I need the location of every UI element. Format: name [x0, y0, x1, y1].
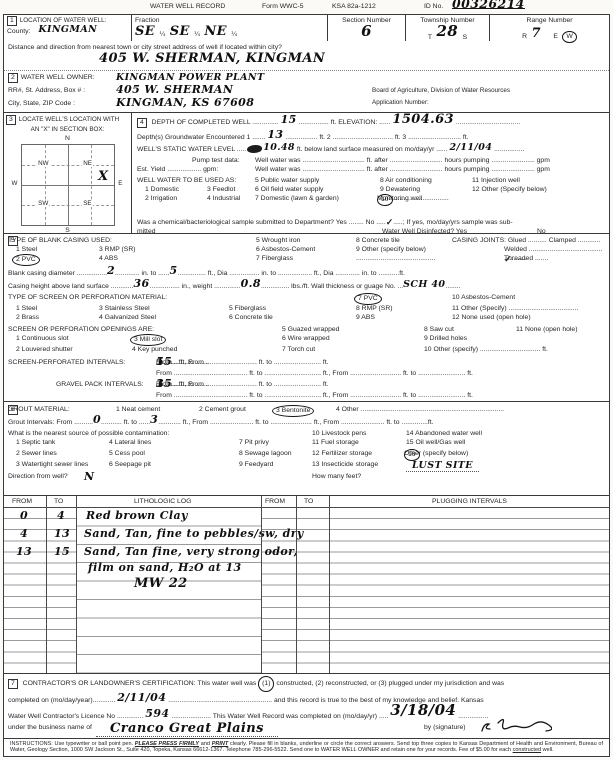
- opening-option-10: 10 Other (specify) .....................…: [424, 345, 548, 354]
- use-option-12: 12 Other (Specify below): [472, 185, 547, 194]
- weight-value: 0.8: [241, 277, 261, 290]
- blank-depth-value: 5: [169, 264, 177, 277]
- log-row-to: 4: [57, 509, 65, 522]
- casing-option-2-circled: 2 PVC: [12, 254, 40, 266]
- quarter-sign-2: ¼: [194, 31, 200, 38]
- screen-intervals-label: SCREEN-PERFORATED INTERVALS:: [8, 358, 125, 367]
- section-1-number: 1: [7, 16, 17, 26]
- form-statute: KSA 82a-1212: [332, 2, 376, 11]
- opening-option-6: 6 Wire wrapped: [282, 334, 330, 343]
- log-row-from: 0: [20, 509, 28, 522]
- section-grout: 6GROUT MATERIAL: 1 Neat cement 2 Cement …: [4, 401, 609, 495]
- diam-tail: ............... ft., Dia ...............…: [178, 270, 405, 277]
- direction-value: N: [84, 470, 94, 483]
- quarter-sign-3: ¼: [231, 31, 237, 38]
- blank-diameter-label: Blank casing diameter ................: [8, 270, 107, 277]
- casing-option-9: 9 Other (specify below): [356, 245, 426, 254]
- quadrant-sw-label: SW: [37, 200, 49, 207]
- form-number: Form WWC-5: [262, 2, 304, 11]
- col-from-1: FROM: [12, 498, 32, 505]
- est-yield-label: Est. Yield .................. gpm:: [137, 165, 218, 174]
- table-body: 0 4 Red brown Clay 4 13 Sand, Tan, fine …: [4, 508, 609, 674]
- opening-option-1: 1 Continuous slot: [16, 334, 69, 343]
- contamination-question: What is the nearest source of possible c…: [8, 429, 169, 438]
- contam-option-5: 5 Cess pool: [109, 449, 145, 458]
- casing-height-value: 36: [133, 277, 149, 290]
- use-option-11: 11 Injection well: [472, 176, 520, 185]
- locate-title-line1: LOCATE WELL'S LOCATION WITH: [19, 116, 119, 123]
- casing-option-9-dots: ........................................…: [356, 254, 435, 263]
- contam-option-8: 8 Sewage lagoon: [239, 449, 292, 458]
- fraction-1-value: SE: [135, 24, 155, 39]
- quadrant-ne-label: NE: [82, 160, 93, 167]
- opening-option-11: 11 None (open hole): [516, 325, 577, 334]
- screen-option-3: 3 Stainless Steel: [99, 304, 150, 313]
- casing-option-4: 4 ABS: [99, 254, 118, 263]
- contam-option-14: 14 Abandoned water well: [406, 429, 482, 438]
- signature-scribble: [476, 719, 552, 737]
- ink-scribble: [247, 145, 262, 153]
- section-7-number: 7: [8, 679, 18, 689]
- fraction-2-value: SE: [170, 24, 190, 39]
- compass-n-label: N: [6, 134, 129, 143]
- log-row-from: 4: [20, 527, 28, 540]
- table-divider: [46, 496, 47, 673]
- signature-label: by (signature): [424, 723, 466, 732]
- location-title: LOCATION OF WATER WELL:: [20, 17, 107, 24]
- use-option-3: 3 Feedlot: [207, 185, 235, 194]
- owner-city-label: City, State, ZIP Code :: [8, 99, 75, 108]
- certification-text-2: constructed, (2) reconstructed, or (3) p…: [276, 680, 504, 687]
- elevation-value: 1504.63: [392, 112, 454, 127]
- groundwater-trailing: ................. ft. 2 ................…: [285, 134, 468, 141]
- log-row-to: 15: [54, 545, 70, 558]
- contam-option-11: 11 Fuel storage: [312, 438, 359, 447]
- use-option-1: 1 Domestic: [145, 185, 179, 194]
- sample-question-tail: .....; If yes, mo/day/yrs sample was sub…: [393, 219, 512, 226]
- constructed-emphasis: constructed: [513, 747, 541, 753]
- section-owner: 2WATER WELL OWNER: KINGMAN POWER PLANT R…: [4, 71, 609, 113]
- id-number-label: ID No.: [424, 2, 443, 11]
- screen-intervals-blank-line: From ...................................…: [156, 369, 473, 378]
- col-lithologic-log: LITHOLOGIC LOG: [134, 498, 191, 505]
- threaded-dots: ............: [504, 254, 527, 263]
- casing-option-1: 1 Steel: [16, 245, 37, 254]
- grout-tail: ............ ft., From .................…: [158, 419, 433, 426]
- contam-option-2: 2 Sewer lines: [16, 449, 57, 458]
- gravel-intervals-blank-line: From ...................................…: [156, 391, 473, 400]
- col-to-2: TO: [304, 498, 313, 505]
- est-yield-line: Well water was .........................…: [255, 165, 550, 174]
- diam-mid-dots: ............. in. to ......: [115, 270, 169, 277]
- county-label: County:: [7, 28, 30, 35]
- township-t: T: [428, 34, 432, 41]
- wall-thickness-value: SCH 40: [403, 279, 445, 290]
- id-number-value: 00326214: [452, 0, 525, 9]
- board-of-agriculture-label: Board of Agriculture, Division of Water …: [372, 86, 510, 95]
- sample-question: Was a chemical/bacteriological sample su…: [137, 219, 386, 226]
- casing-option-3: 3 RMP (SR): [99, 245, 136, 254]
- owner-address-label: RR#, St. Address, Box # :: [8, 86, 85, 95]
- grout-mid-dots: ........... ft. to ......: [101, 419, 150, 426]
- weight-dots: ................ in., weight ...........…: [150, 283, 241, 290]
- use-option-8: 8 Air conditioning: [380, 176, 432, 185]
- lithologic-table: FROM TO LITHOLOGIC LOG FROM TO PLUGGING …: [4, 495, 609, 673]
- section-depth: 4 DEPTH OF COMPLETED WELL ..............…: [132, 113, 609, 233]
- compass-w-label: W: [11, 180, 19, 187]
- business-name-label: under the business name of: [8, 723, 92, 732]
- range-value: 7: [532, 26, 541, 41]
- compass-e-label: E: [117, 180, 123, 187]
- screen-material-title: TYPE OF SCREEN OR PERFORATION MATERIAL:: [8, 293, 167, 302]
- table-header: FROM TO LITHOLOGIC LOG FROM TO PLUGGING …: [4, 496, 609, 508]
- instructions-text: well.: [541, 747, 554, 753]
- owner-city-value: KINGMAN, KS 67608: [116, 96, 254, 109]
- screen-option-5: 5 Fiberglass: [229, 304, 266, 313]
- section-locate-box: 3LOCATE WELL'S LOCATION WITH AN "X" IN S…: [4, 113, 132, 233]
- use-option-10-dots: ......................................: [377, 194, 449, 203]
- screen-option-10: 10 Asbestos-Cement: [452, 293, 515, 302]
- screen-option-4: 4 Galvanized Steel: [99, 313, 156, 322]
- distance-row: Distance and direction from nearest town…: [4, 41, 609, 71]
- township-value: 28: [436, 22, 458, 40]
- application-number-label: Application Number:: [372, 98, 429, 107]
- casing-title: TYPE OF BLANK CASING USED:: [8, 236, 112, 245]
- form-body: 1LOCATION OF WATER WELL: County: KINGMAN…: [3, 14, 610, 757]
- screen-option-2: 2 Brass: [16, 313, 39, 322]
- grout-from-value: 0: [93, 413, 101, 426]
- depth-value: 15: [281, 113, 297, 126]
- contam-option-7: 7 Pit privy: [239, 438, 269, 447]
- groundwater-label: Depth(s) Groundwater Encountered 1 .....…: [137, 134, 265, 141]
- record-completed-date-value: 3/18/04: [390, 701, 456, 719]
- use-option-6: 6 Oil field water supply: [255, 185, 323, 194]
- use-option-5: 5 Public water supply: [255, 176, 319, 185]
- contam-other-value: LUST SITE: [406, 460, 479, 472]
- well-id-note: MW 22: [134, 576, 188, 591]
- openings-title: SCREEN OR PERFORATION OPENINGS ARE:: [8, 325, 154, 334]
- wall-thickness-label: ............... lbs./ft. Wall thickness …: [261, 283, 403, 290]
- certification-text-1: CONTRACTOR'S OR LANDOWNER'S CERTIFICATIO…: [23, 680, 257, 687]
- fraction-3-value: NE: [204, 24, 227, 39]
- log-row-from: 13: [16, 545, 32, 558]
- section-locate-and-depth: 3LOCATE WELL'S LOCATION WITH AN "X" IN S…: [4, 113, 609, 233]
- use-option-9: 9 Dewatering: [380, 185, 420, 194]
- grout-option-4: 4 Other ................................…: [336, 405, 504, 414]
- section-location: 1LOCATION OF WATER WELL: County: KINGMAN…: [4, 15, 609, 41]
- opening-option-5: 5 Guazed wrapped: [282, 325, 339, 334]
- well-address-value: 405 W. SHERMAN, KINGMAN: [99, 51, 325, 66]
- contam-option-10: 10 Livestock pens: [312, 429, 366, 438]
- blank-diameter-value: 2: [107, 264, 115, 277]
- section-4-number: 4: [137, 118, 147, 128]
- groundwater-depth-1: 13: [267, 128, 283, 141]
- constructed-1-circled: (1): [258, 676, 274, 692]
- spi-tail: ........... ft., From ..................…: [156, 358, 329, 367]
- ruling-plugging: [329, 508, 609, 674]
- casing-option-8: 8 Concrete tile: [356, 236, 400, 245]
- col-plugging-intervals: PLUGGING INTERVALS: [432, 498, 507, 505]
- form-title: WATER WELL RECORD: [150, 2, 225, 11]
- section-casing: 5TYPE OF BLANK CASING USED: 5 Wrought ir…: [4, 233, 609, 401]
- grout-intervals-label: Grout Intervals: From ..........: [8, 419, 93, 426]
- grout-option-3-circled: 3 Bentonite: [272, 405, 314, 417]
- table-divider: [296, 496, 297, 673]
- contam-option-12: 12 Fertilizer storage: [312, 449, 372, 458]
- section-certification: 7 CONTRACTOR'S OR LANDOWNER'S CERTIFICAT…: [4, 673, 609, 738]
- screen-option-8: 8 RMP (SR): [356, 304, 393, 313]
- water-well-record-page: WATER WELL RECORD Form WWC-5 KSA 82a-121…: [0, 0, 613, 760]
- quarter-sign-1: ¼: [160, 31, 166, 38]
- use-option-7: 7 Domestic (lawn & garden): [255, 194, 339, 203]
- form-header: WATER WELL RECORD Form WWC-5 KSA 82a-121…: [0, 2, 613, 14]
- opening-option-2: 2 Louvered shutter: [16, 345, 73, 354]
- screen-option-12: 12 None used (open hole): [452, 313, 531, 322]
- owner-name-value: KINGMAN POWER PLANT: [116, 72, 264, 83]
- static-water-level-value: 10.48: [263, 142, 295, 153]
- no-checkmark: ✓: [386, 217, 394, 227]
- log-row-to: 13: [54, 527, 70, 540]
- contam-option-3: 3 Watertight sewer lines: [16, 460, 88, 469]
- pump-test-line: Well water was .........................…: [255, 156, 550, 165]
- quadrant-se-label: SE: [82, 200, 92, 207]
- opening-option-9: 9 Drilled holes: [424, 334, 467, 343]
- how-many-feet-label: How many feet?: [312, 472, 361, 481]
- table-divider: [329, 496, 330, 673]
- static-level-suffix: ft. below land surface measured on mo/da…: [297, 146, 448, 153]
- grout-to-value: 3: [150, 413, 158, 426]
- contam-option-13: 13 Insecticide storage: [312, 460, 378, 469]
- log-row-desc-continued: film on sand, H₂O at 13: [88, 561, 242, 574]
- log-row-desc: Red brown Clay: [86, 509, 188, 522]
- locate-title-line2: AN "X" IN SECTION BOX:: [6, 125, 129, 134]
- range-label: Range Number: [493, 16, 606, 25]
- screen-option-6: 6 Concrete tile: [229, 313, 273, 322]
- opening-option-4: 4 Key punched: [132, 345, 177, 354]
- table-divider: [76, 496, 77, 673]
- contam-option-6: 6 Seepage pit: [109, 460, 151, 469]
- pump-test-label: Pump test data:: [192, 156, 240, 165]
- col-to-1: TO: [54, 498, 63, 505]
- use-label: WELL WATER TO BE USED AS:: [137, 176, 236, 185]
- opening-option-8: 8 Saw cut: [424, 325, 454, 334]
- owner-label: WATER WELL OWNER:: [21, 74, 95, 81]
- screen-option-1: 1 Steel: [16, 304, 37, 313]
- print-emphasis: PRINT: [212, 741, 229, 747]
- casing-joints-line: CASING JOINTS: Glued .......... Clamped …: [452, 236, 600, 245]
- section-number-value: 6: [361, 22, 372, 40]
- joints-welded: Welded .................................…: [504, 245, 602, 254]
- quadrant-nw-label: NW: [37, 160, 50, 167]
- casing-option-5: 5 Wrought iron: [256, 236, 300, 245]
- elevation-trailing-dots: ..................................: [456, 119, 520, 126]
- licence-number-value: 594: [145, 707, 169, 720]
- grout-title: GROUT MATERIAL:: [8, 405, 70, 414]
- casing-option-6: 6 Asbestos-Cement: [256, 245, 315, 254]
- contam-option-15: 15 Oil well/Gas well: [406, 438, 465, 447]
- measured-date-dots: ................: [494, 146, 524, 153]
- measured-date-value: 2/11/04: [449, 142, 492, 153]
- well-location-x-mark: X: [98, 169, 109, 184]
- township-s: S: [463, 34, 468, 41]
- gravel-intervals-label: GRAVEL PACK INTERVALS:: [56, 380, 144, 389]
- contam-option-16-label: Other (specify below): [404, 449, 468, 458]
- county-value: KINGMAN: [38, 24, 97, 35]
- table-divider: [261, 496, 262, 673]
- business-name-value: Cranco Great Plains: [96, 721, 278, 737]
- center-line-horizontal: [22, 185, 114, 186]
- licence-label: Water Well Contractor's Licence No .....…: [8, 713, 143, 720]
- range-e: E: [553, 33, 558, 40]
- instructions-block: INSTRUCTIONS: Use typewriter or ball poi…: [4, 738, 609, 758]
- screen-option-11: 11 Other (Specify) .....................…: [452, 304, 578, 313]
- direction-label: Direction from well?: [8, 472, 68, 481]
- opening-option-7: 7 Torch cut: [282, 345, 315, 354]
- use-option-2: 2 Irrigation: [145, 194, 177, 203]
- record-completed-label: ..................... This Water Well Re…: [171, 713, 388, 720]
- wall-thickness-dots: ........: [445, 283, 460, 290]
- press-firmly-emphasis: PLEASE PRESS FIRMLY: [135, 741, 199, 747]
- gpi-tail: ........... ft., From ..................…: [156, 380, 329, 389]
- contam-option-4: 4 Lateral lines: [109, 438, 151, 447]
- range-r: R: [522, 33, 527, 40]
- owner-address-value: 405 W. SHERMAN: [116, 83, 233, 96]
- contam-option-9: 9 Feedyard: [239, 460, 273, 469]
- completed-date-value: 2/11/04: [117, 691, 166, 704]
- depth-label: DEPTH OF COMPLETED WELL ..............: [152, 119, 279, 126]
- section-quadrant-box: NW NE SW SE W E X: [21, 144, 115, 226]
- casing-option-7: 7 Fiberglass: [256, 254, 293, 263]
- instructions-text: INSTRUCTIONS: Use typewriter or ball poi…: [10, 741, 135, 747]
- contam-option-1: 1 Septic tank: [16, 438, 55, 447]
- elevation-label: ................ ft. ELEVATION: ......: [299, 119, 391, 126]
- grout-option-2: 2 Cement grout: [199, 405, 246, 414]
- section-2-number: 2: [8, 73, 18, 83]
- col-from-2: FROM: [265, 498, 285, 505]
- use-option-4: 4 Industrial: [207, 194, 240, 203]
- section-3-number: 3: [6, 115, 16, 125]
- log-row-desc: Sand, Tan, fine to pebbles/sw, dry: [84, 527, 304, 540]
- completed-on-label: completed on (mo/day/year)............: [8, 697, 115, 704]
- screen-option-9: 9 ABS: [356, 313, 375, 322]
- static-water-level-label: WELL'S STATIC WATER LEVEL .....: [137, 146, 246, 153]
- instructions-text: and: [199, 741, 212, 747]
- log-row-desc: Sand, Tan fine, very strong odor,: [84, 545, 298, 558]
- casing-height-label: Casing height above land surface .......…: [8, 283, 133, 290]
